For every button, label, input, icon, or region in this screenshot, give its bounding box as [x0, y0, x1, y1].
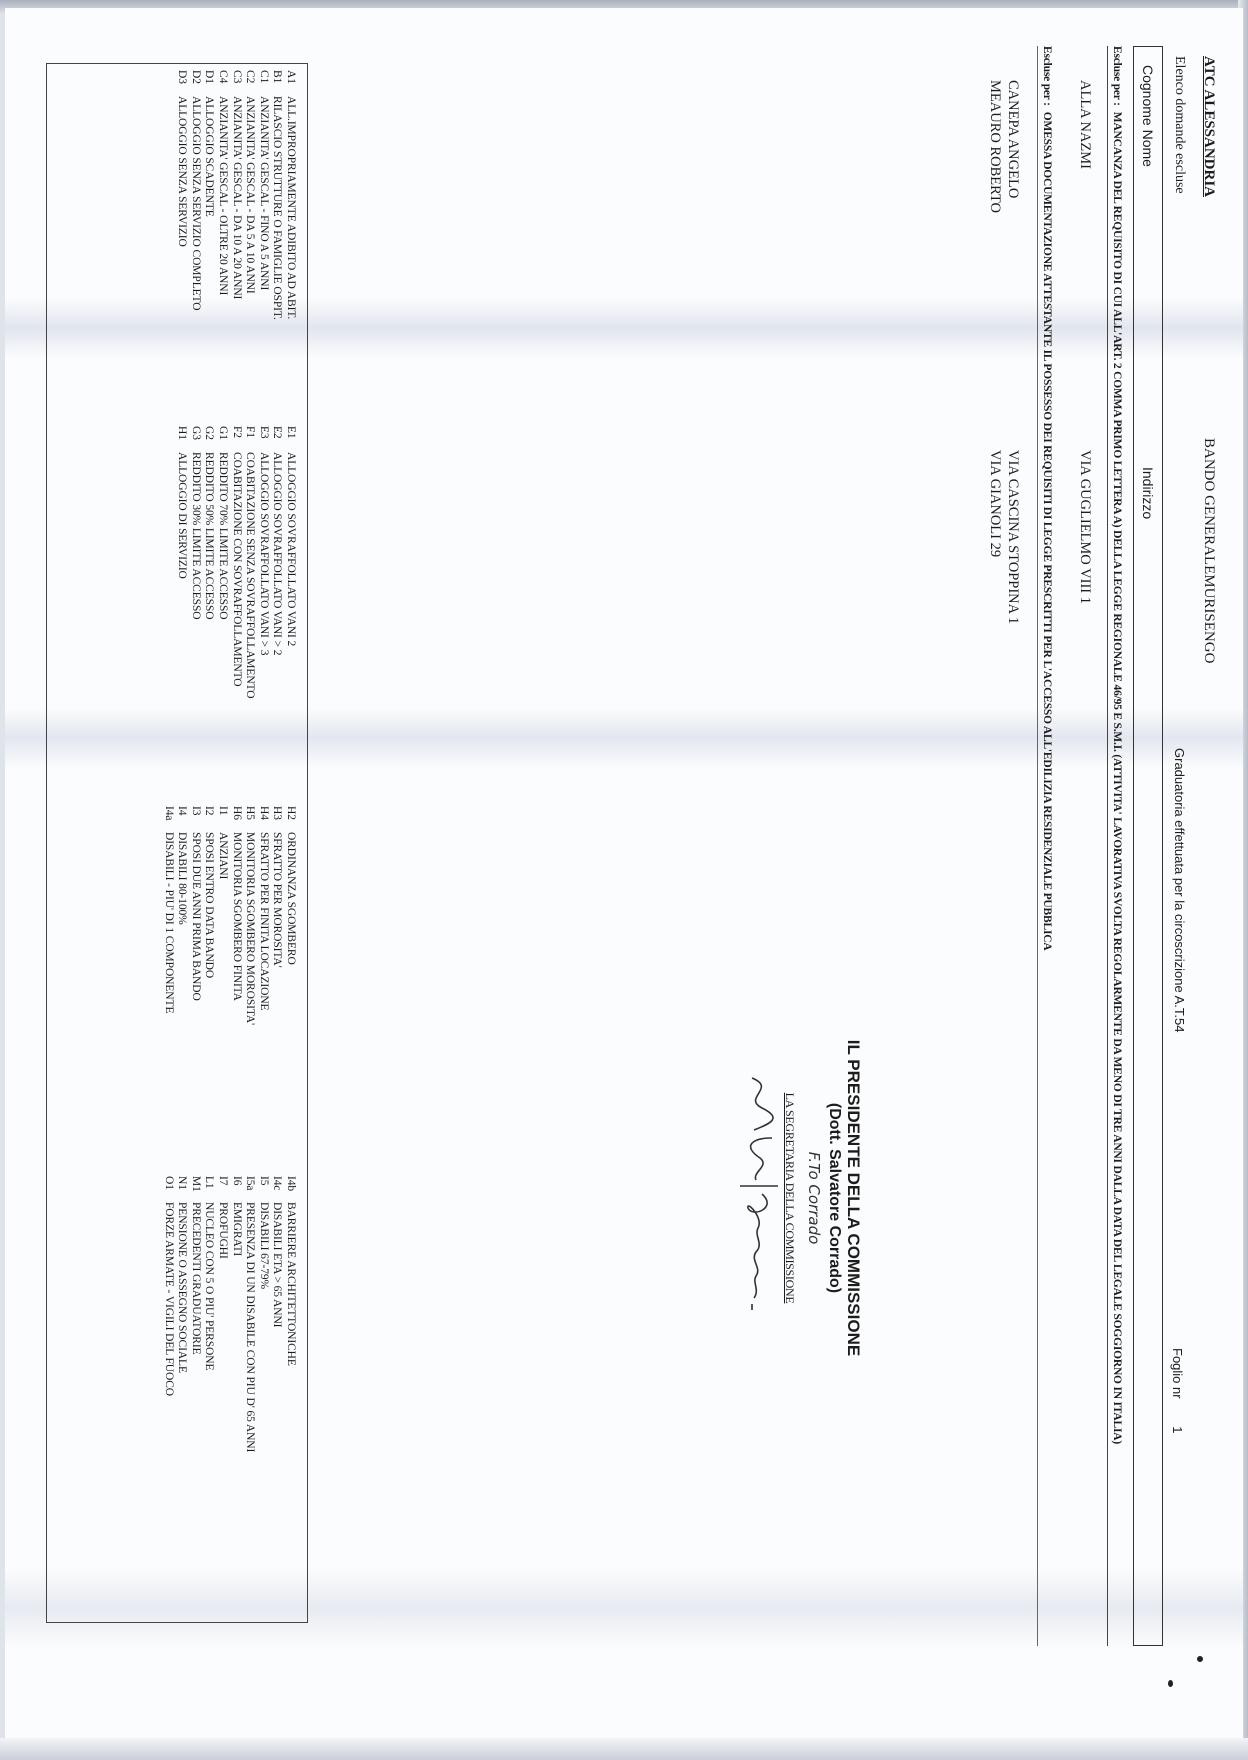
- legend-text: SPOSI DUE ANNI PRIMA BANDO: [190, 832, 202, 1001]
- scan-edge-bottom: [0, 1738, 1248, 1760]
- staple-mark: [1197, 1656, 1203, 1662]
- legend-item: C2ANZIANITA' GESCAL - DA 5 A 10 ANNI: [243, 70, 257, 320]
- legend-code: I3: [188, 806, 202, 832]
- legend-text: ANZIANITA' GESCAL - FINO A 5 ANNI: [258, 96, 270, 290]
- exclusion-text: OMESSA DOCUMENTAZIONE ATTESTANTE IL POSS…: [1041, 112, 1053, 951]
- column-header-name: Cognome Nome: [1140, 65, 1156, 167]
- legend-text: SPOSI ENTRO DATA BANDO: [203, 832, 215, 978]
- legend-item: G1REDDITO 70% LIMITE ACCESSO: [215, 426, 229, 698]
- legend-item: E3ALLOGGIO SOVRAFFOLLATO VANI > 3: [256, 426, 270, 698]
- legend-item: I2SPOSI ENTRO DATA BANDO: [202, 806, 216, 1025]
- legend-code: C2: [243, 70, 257, 96]
- legend-text: PROFUGHI: [217, 1202, 229, 1259]
- legend-code: G1: [215, 426, 229, 452]
- legend-text: COABITAZIONE SENZA SOVRAFFOLLAMENTO: [244, 452, 256, 698]
- legend-box: A1ALL.IMPROPRIAMENTE ADIBITO AD ABIT.B1R…: [46, 63, 308, 1623]
- sheet-number-value: 1: [1170, 1426, 1185, 1433]
- legend-item: H5MONITORIA SGOMBERO MOROSITA': [243, 806, 257, 1025]
- legend-text: ALLOGGIO DI SERVIZIO: [176, 452, 188, 579]
- legend-text: REDDITO 70% LIMITE ACCESSO: [217, 452, 229, 619]
- legend-code: G3: [188, 426, 202, 452]
- signed-note: F.To Corrado: [805, 988, 823, 1408]
- legend-item: G2REDDITO 50% LIMITE ACCESSO: [202, 426, 216, 698]
- legend-text: ALLOGGIO SOVRAFFOLLATO VANI > 3: [258, 452, 270, 655]
- legend-item: D3ALLOGGIO SENZA SERVIZIO: [175, 70, 189, 320]
- legend-item: I6EMIGRATI: [229, 1176, 243, 1452]
- document-page: ATC ALESSANDRIA BANDO GENERALEMURISENGO …: [5, 8, 1243, 1748]
- legend-item: E2ALLOGGIO SOVRAFFOLLATO VANI > 2: [270, 426, 284, 698]
- legend-text: ANZIANI: [217, 832, 229, 879]
- legend-item: G3REDDITO 30% LIMITE ACCESSO: [188, 426, 202, 698]
- legend-code: I4a: [161, 806, 175, 832]
- applicant-name: CANEPA ANGELO: [1004, 80, 1021, 198]
- legend-text: ANZIANITA' GESCAL - DA 10 A 20 ANNI: [231, 96, 243, 299]
- handwritten-signature-icon: [736, 1068, 782, 1328]
- legend-text: RILASCIO STRUTTURE O FAMIGLIE OSPIT.: [271, 96, 283, 320]
- legend-code: M1: [188, 1176, 202, 1202]
- legend-code: I5a: [243, 1176, 257, 1202]
- legend-code: H1: [175, 426, 189, 452]
- legend-text: COABITAZIONE CON SOVRAFFOLLAMENTO: [231, 452, 243, 687]
- legend-code: B1: [270, 70, 284, 96]
- legend-item: H4SFRATTO PER FINITA LOCAZIONE: [256, 806, 270, 1025]
- legend-code: I4b: [283, 1176, 297, 1202]
- legend-item: H1ALLOGGIO DI SERVIZIO: [175, 426, 189, 698]
- sheet-number: Foglio nr 1: [1170, 1348, 1185, 1433]
- legend-code: I7: [215, 1176, 229, 1202]
- legend-code: E3: [256, 426, 270, 452]
- legend-code: E1: [283, 426, 297, 452]
- exclusion-label: Escluse per :: [1041, 46, 1053, 106]
- legend-code: I1: [215, 806, 229, 832]
- legend-code: G2: [202, 426, 216, 452]
- applicant-name: MEAURO ROBERTO: [986, 80, 1003, 213]
- legend-text: ALLOGGIO SOVRAFFOLLATO VANI > 2: [271, 452, 283, 655]
- legend-text: BARRIERE ARCHITETTONICHE: [285, 1202, 297, 1366]
- legend-item: I7PROFUGHI: [215, 1176, 229, 1452]
- legend-item: I5DISABILI 67-79%: [256, 1176, 270, 1452]
- legend-item: N1PENSIONE O ASSEGNO SOCIALE: [175, 1176, 189, 1452]
- exclusion-reason: Escluse per :OMESSA DOCUMENTAZIONE ATTES…: [1037, 46, 1053, 1646]
- legend-text: DISABILI 67-79%: [258, 1202, 270, 1289]
- legend-code: C3: [229, 70, 243, 96]
- president-title: IL PRESIDENTE DELLA COMMISSIONE: [843, 988, 863, 1408]
- legend-code: H4: [256, 806, 270, 832]
- legend-code: C4: [215, 70, 229, 96]
- legend-item: I1ANZIANI: [215, 806, 229, 1025]
- legend-code: F1: [243, 426, 257, 452]
- legend-text: PENSIONE O ASSEGNO SOCIALE: [176, 1202, 188, 1373]
- secretary-title: LA SEGRETARIA DELLA COMMISSIONE: [782, 988, 797, 1408]
- legend-text: EMIGRATI: [231, 1202, 243, 1256]
- legend-code: I4c: [270, 1176, 284, 1202]
- legend-code: C1: [256, 70, 270, 96]
- legend-code: A1: [283, 70, 297, 96]
- legend-item: I4bBARRIERE ARCHITETTONICHE: [283, 1176, 297, 1452]
- legend-text: ALLOGGIO SOVRAFFOLLATO VANI 2: [285, 452, 297, 646]
- legend-item: H2ORDINANZA SGOMBERO: [283, 806, 297, 1025]
- legend-text: ANZIANITA' GESCAL - OLTRE 20 ANNI: [217, 96, 229, 295]
- legend-item: D2ALLOGGIO SENZA SERVIZIO COMPLETO: [188, 70, 202, 320]
- legend-text: MONITORIA SGOMBERO MOROSITA': [244, 832, 256, 1025]
- legend-text: PRECEDENTI GRADUATORIE: [190, 1202, 202, 1355]
- legend-text: REDDITO 30% LIMITE ACCESSO: [190, 452, 202, 619]
- legend-item: I5aPRESENZA DI UN DISABILE CON PIU D' 65…: [243, 1176, 257, 1452]
- bando-title: BANDO GENERALEMURISENGO: [1200, 438, 1217, 663]
- exclusion-reason: Escluse per :MANCANZA DEL REQUISITO DI C…: [1107, 46, 1123, 1646]
- legend-item: O1FORZE ARMATE - VIGILI DEL FUOCO: [161, 1176, 175, 1452]
- applicant-address: VIA CASCINA STOPPINA 1: [1004, 450, 1021, 624]
- legend-text: SFRATTO PER FINITA LOCAZIONE: [258, 832, 270, 1010]
- legend-item: H6MONITORIA SGOMBERO FINITA: [229, 806, 243, 1025]
- legend-text: ALL.IMPROPRIAMENTE ADIBITO AD ABIT.: [285, 96, 297, 319]
- legend-item: D1ALLOGGIO SCADENTE: [202, 70, 216, 320]
- legend-column: H2ORDINANZA SGOMBEROH3SFRATTO PER MOROSI…: [161, 806, 297, 1025]
- applicant-name: ALLA NAZMI: [1076, 80, 1093, 169]
- legend-text: NUCLEO CON 5 O PIU' PERSONE: [203, 1202, 215, 1370]
- legend-text: DISABILI 80-100%: [176, 832, 188, 925]
- legend-text: ANZIANITA' GESCAL - DA 5 A 10 ANNI: [244, 96, 256, 294]
- legend-text: ALLOGGIO SCADENTE: [203, 96, 215, 217]
- legend-code: N1: [175, 1176, 189, 1202]
- legend-item: E1ALLOGGIO SOVRAFFOLLATO VANI 2: [283, 426, 297, 698]
- legend-code: O1: [161, 1176, 175, 1202]
- legend-item: I4DISABILI 80-100%: [175, 806, 189, 1025]
- legend-item: I4aDISABILI - PIU' DI 1 COMPONENTE: [161, 806, 175, 1025]
- legend-text: REDDITO 50% LIMITE ACCESSO: [203, 452, 215, 619]
- legend-code: I4: [175, 806, 189, 832]
- legend-code: I2: [202, 806, 216, 832]
- legend-text: FORZE ARMATE - VIGILI DEL FUOCO: [163, 1202, 175, 1396]
- legend-text: SFRATTO PER MOROSITA': [271, 832, 283, 968]
- legend-column: I4bBARRIERE ARCHITETTONICHEI4cDISABILI E…: [161, 1176, 297, 1452]
- legend-item: A1ALL.IMPROPRIAMENTE ADIBITO AD ABIT.: [283, 70, 297, 320]
- organization-title: ATC ALESSANDRIA: [1200, 56, 1217, 197]
- legend-item: F2COABITAZIONE CON SOVRAFFOLLAMENTO: [229, 426, 243, 698]
- legend-code: H6: [229, 806, 243, 832]
- legend-item: F1COABITAZIONE SENZA SOVRAFFOLLAMENTO: [243, 426, 257, 698]
- list-subtitle: Elenco domande escluse: [1171, 56, 1187, 194]
- legend-text: DISABILI - PIU' DI 1 COMPONENTE: [163, 832, 175, 1013]
- table-header: Cognome Nome Indirizzo: [1133, 46, 1163, 1646]
- applicant-address: VIA GIANOLI 29: [986, 450, 1003, 557]
- legend-item: C1ANZIANITA' GESCAL - FINO A 5 ANNI: [256, 70, 270, 320]
- signature-block: IL PRESIDENTE DELLA COMMISSIONE (Dott. S…: [736, 988, 863, 1408]
- legend-column: E1ALLOGGIO SOVRAFFOLLATO VANI 2E2ALLOGGI…: [175, 426, 297, 698]
- legend-item: C4ANZIANITA' GESCAL - OLTRE 20 ANNI: [215, 70, 229, 320]
- legend-text: PRESENZA DI UN DISABILE CON PIU D' 65 AN…: [244, 1202, 256, 1452]
- legend-code: E2: [270, 426, 284, 452]
- applicant-address: VIA GUGLIELMO VIII 1: [1076, 450, 1093, 604]
- legend-code: H3: [270, 806, 284, 832]
- legend-item: C3ANZIANITA' GESCAL - DA 10 A 20 ANNI: [229, 70, 243, 320]
- legend-code: H2: [283, 806, 297, 832]
- legend-code: L1: [202, 1176, 216, 1202]
- legend-item: I3SPOSI DUE ANNI PRIMA BANDO: [188, 806, 202, 1025]
- legend-code: F2: [229, 426, 243, 452]
- legend-item: H3SFRATTO PER MOROSITA': [270, 806, 284, 1025]
- legend-code: H5: [243, 806, 257, 832]
- legend-text: ORDINANZA SGOMBERO: [285, 832, 297, 965]
- president-name: (Dott. Salvatore Corrado): [825, 988, 843, 1408]
- circoscrizione-label: Graduatoria effettuata per la circoscriz…: [1172, 748, 1187, 1032]
- legend-code: D1: [202, 70, 216, 96]
- legend-text: MONITORIA SGOMBERO FINITA: [231, 832, 243, 1001]
- exclusion-text: MANCANZA DEL REQUISITO DI CUI ALL'ART. 2…: [1111, 112, 1123, 1444]
- legend-code: I5: [256, 1176, 270, 1202]
- exclusion-label: Escluse per :: [1111, 46, 1123, 106]
- column-header-address: Indirizzo: [1140, 467, 1156, 519]
- legend-code: D2: [188, 70, 202, 96]
- legend-text: ALLOGGIO SENZA SERVIZIO: [176, 96, 188, 247]
- legend-item: I4cDISABILI ETA > 65 ANNI: [270, 1176, 284, 1452]
- legend-text: ALLOGGIO SENZA SERVIZIO COMPLETO: [190, 96, 202, 310]
- legend-item: L1NUCLEO CON 5 O PIU' PERSONE: [202, 1176, 216, 1452]
- legend-code: D3: [175, 70, 189, 96]
- legend-item: M1PRECEDENTI GRADUATORIE: [188, 1176, 202, 1452]
- legend-code: I6: [229, 1176, 243, 1202]
- legend-column: A1ALL.IMPROPRIAMENTE ADIBITO AD ABIT.B1R…: [175, 70, 297, 320]
- legend-text: DISABILI ETA > 65 ANNI: [271, 1202, 283, 1327]
- staple-mark: [1168, 1680, 1173, 1687]
- sheet-number-label: Foglio nr: [1170, 1348, 1185, 1399]
- legend-item: B1RILASCIO STRUTTURE O FAMIGLIE OSPIT.: [270, 70, 284, 320]
